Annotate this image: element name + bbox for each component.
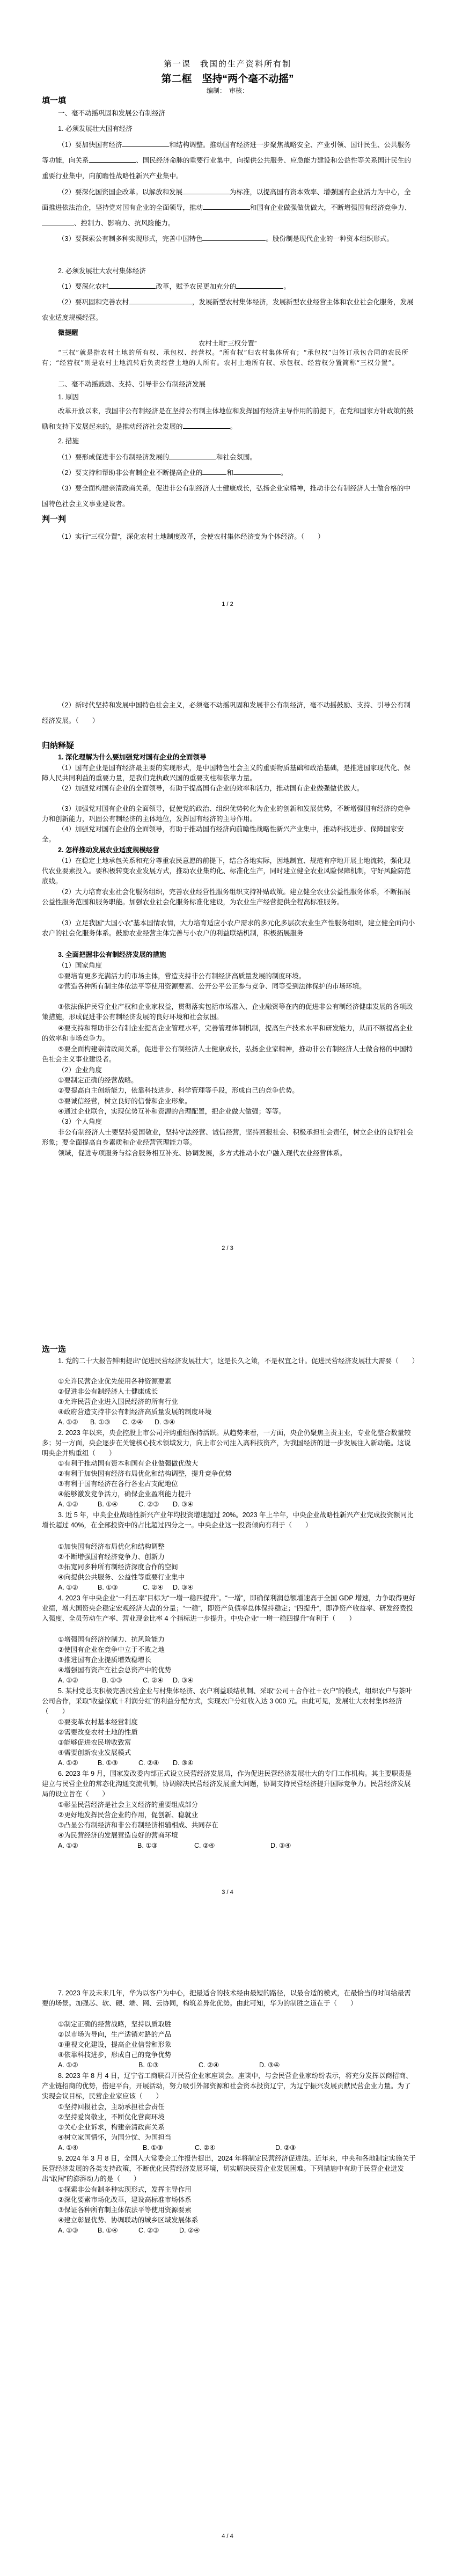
- question-stem: 3. 近 5 年，中央企业战略性新兴产业年均投资增速超过 20%。2023 年上…: [42, 1510, 416, 1531]
- question-item: ④树立家国情怀，为国分忧、为国担当: [58, 2133, 416, 2142]
- fill-paragraph-9: （3）要全面构建亲清政商关系，促进非公有制经济人士健康成长，弘扬企业家精神，推动…: [42, 481, 416, 512]
- judge-question-2: （2）新时代坚持和发展中国特色社会主义，必须毫不动摇巩固和发展非公有制经济，毫不…: [42, 698, 416, 729]
- question-item: ④依靠科技进步，形成自己的竞争优势: [58, 2051, 416, 2059]
- summary-item: 非公有制经济人士要坚持爱国敬业，坚持守法经营、诚信经营，坚持回报社会、积极承担社…: [42, 1128, 416, 1148]
- question-item: ①增强国有经济控制力、抗风险能力: [58, 1635, 416, 1644]
- question-item: ③保证各种所有制主体依法平等使用资源要素: [58, 2206, 416, 2214]
- question-stem: 7. 2023 年及未来几年，华为以客户为中心，把最适合的技术经由最短的路径，以…: [42, 1988, 416, 2009]
- question-item: ②不断增强国有经济竞争力、创新力: [58, 1553, 416, 1561]
- fill-paragraph-3: （3）要探索公有制多种实现形式，完善中国特色。股份制是现代企业的一种资本组织形式…: [42, 231, 416, 247]
- option-c[interactable]: C. ②④: [143, 1676, 163, 1685]
- fill-paragraph-8: （2）要支持和帮助非公有制企业不断提高企业的和。: [42, 465, 416, 481]
- question-item: ①坚持回报社会，主动承担社会责任: [58, 2103, 416, 2111]
- blank-field[interactable]: [202, 468, 226, 475]
- summary-trailing-text: 领域，促进专项服务与综合服务相互补充、协调发展，多方式推动小农户融入现代农业经营…: [58, 1149, 416, 1158]
- summary-item: （3）立足我国“大国小农”基本国情农情，大力培育适应小农户需求的多元化多层次农业…: [42, 918, 416, 939]
- question-item: ④政府营造支持非公有制经济高质量发展的制度环境: [58, 1408, 416, 1416]
- question-item: ②更好地发挥民营企业的作用，促创新、稳就业: [58, 1811, 416, 1819]
- item-heading: 2. 必须发展壮大农村集体经济: [58, 267, 416, 275]
- question-item: ③推进国有企业提质增效稳增长: [58, 1656, 416, 1664]
- summary-item: ②要提高自主创新能力，依靠科技进步、科学管理等手段，形成自己的竞争优势。: [58, 1086, 416, 1095]
- summary-subheading: （2）企业角度: [58, 1066, 416, 1074]
- summary-topic-1: 1. 深化理解为什么要加强党对国有企业的全面领导: [58, 753, 416, 762]
- judge-question-1: （1）实行“三权分置”，深化农村土地制度改革，会使农村集体经济变为个体经济。（ …: [42, 529, 416, 545]
- blank-field[interactable]: [89, 156, 136, 163]
- option-c[interactable]: C. ②④: [195, 2143, 215, 2152]
- section-heading-summary: 归纳释疑: [42, 742, 416, 750]
- page-number: 4 / 4: [0, 2533, 455, 2540]
- question-item: ③凸显公有制经济和非公有制经济相辅相成、共同存在: [58, 1821, 416, 1829]
- question-item: ②坚持爱岗敬业，不断优化营商环境: [58, 2113, 416, 2121]
- tip-label: 微提醒: [58, 328, 416, 337]
- option-a[interactable]: A. ①②: [58, 1841, 78, 1850]
- option-a[interactable]: A. ①④: [58, 2143, 78, 2152]
- question-stem: 5. 某村党总支积极完善民营企业与村集体经济、农户利益联结机制、采取“公司＋合作…: [42, 1686, 416, 1717]
- option-b[interactable]: B. ①③: [143, 2143, 163, 2152]
- option-d[interactable]: D. ②③: [275, 2143, 296, 2152]
- question-item: ④建立彰显优势、协调联动的城乡区域发展体系: [58, 2216, 416, 2224]
- option-d[interactable]: D. ③④: [173, 1583, 193, 1592]
- subsection-heading: 二、毫不动摇鼓励、支持、引导非公有制经济发展: [58, 380, 416, 389]
- question-item: ③允许民营企业进入国民经济的所有行业: [58, 1397, 416, 1406]
- option-c[interactable]: C. ②④: [122, 1418, 143, 1426]
- blank-field[interactable]: [233, 468, 281, 475]
- section-heading-fill: 填一填: [42, 97, 416, 105]
- option-d[interactable]: D. ③④: [173, 1759, 193, 1767]
- page-number: 1 / 2: [0, 601, 455, 608]
- summary-item: （3）加强党对国有企业的全面领导，促使党的政治、组织优势转化为企业的创新和发展优…: [42, 804, 416, 824]
- question-item: ③能够促进农民增收致富: [58, 1738, 416, 1747]
- question-item: ④向提供公共服务、公益性等重要行业集中: [58, 1573, 416, 1582]
- option-a[interactable]: A. ①②: [58, 1500, 78, 1509]
- page-4: 7. 2023 年及未来几年，华为以客户为中心，把最适合的技术经由最短的路径，以…: [0, 1905, 455, 2549]
- blank-field[interactable]: [169, 452, 216, 459]
- question-item: ③关心企业诉求，构建亲清政商关系: [58, 2123, 416, 2132]
- option-c[interactable]: C. ②④: [194, 1841, 215, 1850]
- summary-item: ④要支持和帮助非公有制企业提高企业管理水平，完善管理体制机制，提高生产技术水平和…: [42, 1023, 416, 1044]
- question-item: ①制定正确的经营战略，坚持以质取胜: [58, 2020, 416, 2029]
- item-heading: 1. 原因: [58, 393, 416, 401]
- summary-subheading: （3）个人角度: [58, 1117, 416, 1126]
- option-a[interactable]: A. ①②: [58, 1583, 78, 1592]
- question-item: ④增强国有资产在社会总资产中的优势: [58, 1666, 416, 1674]
- option-d[interactable]: D. ③④: [173, 1676, 193, 1685]
- question-item: ②需要改变农村土地的性质: [58, 1728, 416, 1737]
- question-item: ①要变革农村基本经营制度: [58, 1718, 416, 1726]
- question-stem: 4. 2023 年中央企业“一利五率”目标为“一增一稳四提升”。“一增”，即确保…: [42, 1593, 416, 1624]
- option-a[interactable]: A. ①②: [58, 1676, 78, 1685]
- section-heading-choose: 选一选: [42, 1345, 416, 1354]
- option-c[interactable]: C. ②④: [143, 1583, 163, 1592]
- option-a[interactable]: A. ①②: [58, 1418, 78, 1426]
- page-3: 选一选 1. 党的二十大报告鲜明提出“促进民营经济发展壮大”，这是长久之策，不是…: [0, 1261, 455, 1905]
- question-item: ②使国有企业在竞争中立于不败之地: [58, 1645, 416, 1654]
- section-heading-judge: 判一判: [42, 515, 416, 524]
- frame-title: 第二框 坚持“两个毫不动摇”: [0, 71, 455, 85]
- fill-paragraph-2: （2）要深化国资国企改革。以解放和发展为标准，以提高国有资本效率、增强国有企业活…: [42, 185, 416, 231]
- page-number: 2 / 3: [0, 1245, 455, 1252]
- summary-subheading: （1）国家角度: [58, 961, 416, 970]
- blank-field[interactable]: [202, 234, 266, 241]
- question-item: ②有利于加快国有经济布局优化和结构调整，提升竞争优势: [58, 1469, 416, 1478]
- question-item: ③有利于国有经济在各行各业占支配地位: [58, 1480, 416, 1488]
- lesson-title: 第一课 我国的生产资料所有制: [0, 58, 455, 69]
- summary-item: ④通过企业联合，实现优势互补和资源的合理配置，把企业做大做强；等等。: [58, 1107, 416, 1116]
- question-item: ③拓宽同多种所有制经济深度合作的空间: [58, 1563, 416, 1571]
- option-c[interactable]: C. ②④: [138, 1759, 159, 1767]
- fill-paragraph-5: （2）要巩固和完善农村，发展新型农村集体经济，发展新型农业经营主体和农业社会化服…: [42, 295, 416, 326]
- option-c[interactable]: C. ②④: [199, 2061, 219, 2069]
- option-d[interactable]: D. ③④: [270, 1841, 291, 1850]
- option-b[interactable]: B. ①③: [137, 1841, 158, 1850]
- question-stem: 6. 2023 年 9 月，国家发改委内部正式设立民营经济发展局，作为促进民营经…: [42, 1769, 416, 1799]
- question-item: ①有利于推动国有资本和国有企业做强做优做大: [58, 1459, 416, 1468]
- option-b[interactable]: B. ①③: [98, 1759, 118, 1767]
- question-stem: 8. 2023 年 8 月 4 日，辽宁省工商联召开民营企业家座谈会。座谈中，与…: [42, 2071, 416, 2102]
- option-a[interactable]: A. ①②: [58, 1759, 78, 1767]
- question-item: ②以市场为导向，生产适销对路的产品: [58, 2030, 416, 2039]
- option-d[interactable]: D. ③④: [259, 2061, 280, 2069]
- question-item: ④为民营经济的发展营造良好的营商环境: [58, 1831, 416, 1840]
- blank-field[interactable]: [122, 140, 169, 147]
- option-d[interactable]: D. ③④: [173, 1500, 193, 1509]
- blank-field[interactable]: [183, 422, 230, 429]
- blank-field[interactable]: [108, 282, 156, 289]
- option-a[interactable]: A. ①③: [58, 2226, 78, 2235]
- summary-item: （2）加强党对国有企业的全面领导，有助于提高国有企业的效率和活力，推动国有企业做…: [42, 784, 416, 794]
- summary-item: ①要培育更多充满活力的市场主体，营造支持非公有制经济高质量发展的制度环境。: [42, 971, 416, 982]
- question-item: ②促进非公有制经济人士健康成长: [58, 1387, 416, 1396]
- summary-item: （1）在稳定土地承包关系和充分尊重农民意愿的前提下，结合各地实际，因地制宜、规范…: [42, 856, 416, 887]
- blank-field[interactable]: [42, 218, 74, 225]
- summary-item: ⑤要全面构建亲清政商关系，促进非公有制经济人士健康成长，弘扬企业家精神，推动非公…: [42, 1044, 416, 1065]
- summary-topic-3: 3. 全面把握非公有制经济发展的措施: [58, 950, 416, 959]
- question-item: ①彰显民营经济是社会主义经济的重要组成部分: [58, 1801, 416, 1809]
- fill-paragraph-7: （1）要形成促进非公有制经济发展的和社会氛围。: [42, 450, 416, 465]
- tip-title: 农村土地“三权分置”: [0, 339, 455, 348]
- blank-field[interactable]: [182, 187, 230, 194]
- tip-body: “三权”就是指农村土地的所有权、承包权、经营权。“所有权”归农村集体所有；“承包…: [42, 348, 416, 368]
- question-item: ②深化要素市场化改革，建设高标准市场体系: [58, 2196, 416, 2204]
- option-b[interactable]: B. ①④: [98, 1500, 118, 1509]
- question-stem: 9. 2024 年 3 月 8 日，全国人大常委会工作报告提出，2024 年将制…: [42, 2154, 416, 2184]
- summary-item: （2）大力培育农业社会化服务组织，完善农业经营性服务组织支持补贴政策。建立健全农…: [42, 887, 416, 908]
- summary-item: ③要诚信经营，树立良好的信誉和企业形象。: [58, 1097, 416, 1106]
- page-1: 第一课 我国的生产资料所有制 第二框 坚持“两个毫不动摇” 编制： 审核： 填一…: [0, 0, 455, 644]
- blank-field[interactable]: [203, 203, 250, 210]
- fill-paragraph-6: 改革开放以来，我国非公有制经济是在坚持公有制主体地位和发挥国有经济主导作用的前提…: [42, 404, 416, 435]
- summary-topic-2: 2. 怎样推动发展农业适度规模经营: [58, 846, 416, 854]
- question-stem: 2. 2023 年以来，央企控股上市公司并购重组保持活跃。从趋势来看，一方面，央…: [42, 1428, 416, 1459]
- page-number: 3 / 4: [0, 1889, 455, 1896]
- option-b[interactable]: B. ①③: [98, 1583, 118, 1592]
- option-b[interactable]: B. ①③: [138, 2061, 159, 2069]
- summary-item: ②营造各种所有制主体依法平等使用资源要素、公开公平公正参与竞争、同等受到法律保护…: [42, 982, 416, 992]
- page-2: （2）新时代坚持和发展中国特色社会主义，必须毫不动摇巩固和发展非公有制经济，毫不…: [0, 617, 455, 1261]
- fill-paragraph-4: （1）要深化农村改革，赋予农民更加充分的。: [42, 279, 416, 295]
- fill-paragraph-1: （1）要加快国有经济和结构调整。推动国有经济进一步聚焦战略安全、产业引领、国计民…: [42, 137, 416, 184]
- question-item: ①允许民营企业优先使用各种资源要素: [58, 1377, 416, 1386]
- blank-field[interactable]: [236, 282, 283, 289]
- summary-item: （1）国有企业是国有经济最主要的实现形式，是中国特色社会主义的重要物质基础和政治…: [42, 763, 416, 784]
- option-d[interactable]: D. ③④: [155, 1418, 175, 1426]
- option-b[interactable]: B. ①④: [98, 2226, 118, 2235]
- subsection-heading: 一、毫不动摇巩固和发展公有制经济: [58, 109, 416, 118]
- byline: 编制： 审核：: [0, 86, 455, 95]
- option-b[interactable]: B. ①③: [102, 1676, 122, 1685]
- summary-item: （4）加强党对国有企业的全面领导，有助于推动国有经济向前瞻性战略性新兴产业集中，…: [42, 824, 416, 845]
- question-item: ①加快国有经济布局优化和结构调整: [58, 1542, 416, 1551]
- item-heading: 2. 措施: [58, 437, 416, 445]
- question-item: ①探索非公有制多种实现形式，发挥主导作用: [58, 2185, 416, 2194]
- blank-field[interactable]: [129, 297, 192, 304]
- option-d[interactable]: D. ②④: [179, 2226, 200, 2235]
- summary-item: ①要制定正确的经营战略。: [58, 1076, 416, 1085]
- item-heading: 1. 必须发展壮大国有经济: [58, 125, 416, 133]
- option-b[interactable]: B. ①③: [90, 1418, 111, 1426]
- option-c[interactable]: C. ②③: [138, 1500, 159, 1509]
- question-item: ④能够激发竞争活力，确保企业盈利能力提升: [58, 1490, 416, 1498]
- summary-item: ③依法保护民营企业产权和企业家权益，贯彻落实包括市场准入、企业融资等在内的促进非…: [42, 1002, 416, 1022]
- question-stem: 1. 党的二十大报告鲜明提出“促进民营经济发展壮大”，这是长久之策，不是权宜之计…: [42, 1356, 416, 1366]
- option-a[interactable]: A. ①②: [58, 2061, 78, 2069]
- question-item: ④需要创新农业发展模式: [58, 1748, 416, 1757]
- option-c[interactable]: C. ②③: [138, 2226, 159, 2235]
- question-item: ③重视文化建设，提高企业信誉和形象: [58, 2040, 416, 2049]
